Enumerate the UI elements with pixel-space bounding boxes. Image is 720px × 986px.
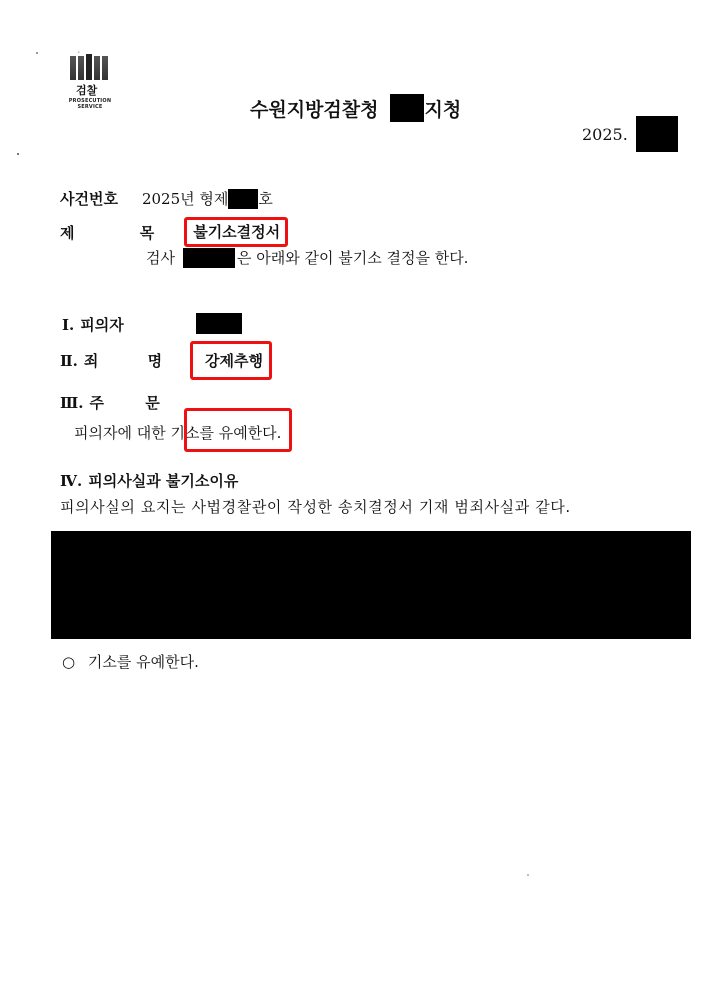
office-suffix: 지청 [424, 95, 461, 122]
office-name: 수원지방검찰청 [250, 95, 378, 122]
redaction-date [636, 116, 678, 152]
redaction-case-number [228, 189, 258, 209]
redaction-facts-block [51, 531, 691, 639]
date-prefix: 2025. [582, 125, 628, 144]
section-title: 피의자 [80, 314, 123, 335]
subject-label: 제 목 [60, 222, 184, 243]
subject-value-highlight: 불기소결정서 [184, 217, 288, 247]
section-facts-heading: Ⅳ. 피의사실과 불기소이유 [60, 470, 238, 491]
case-number-suffix: 호 [258, 188, 273, 209]
document-date: 2025. [582, 116, 678, 152]
result-text: 기소를 유예한다. [88, 653, 199, 671]
charge-value-highlight: 강제추행 [190, 341, 272, 380]
scan-speck [17, 153, 19, 155]
section-order-heading: Ⅲ. 주 문 [60, 392, 178, 413]
scan-speck [36, 52, 38, 54]
prosecution-emblem-icon [70, 54, 110, 80]
redaction-suspect-name [196, 313, 242, 334]
case-number-row: 사건번호 2025년 형제 호 [60, 188, 273, 209]
section-numeral: Ⅱ. [60, 352, 78, 370]
bullet-circle-icon: ○ [62, 653, 75, 671]
case-number-value: 2025년 형제 [142, 188, 228, 209]
decision-text: 은 아래와 같이 불기소 결정을 한다. [237, 247, 468, 268]
logo-mark: , [78, 47, 80, 54]
section-numeral: Ⅲ. [60, 394, 84, 412]
section-numeral: Ⅳ. [60, 472, 82, 490]
facts-text: 피의사실의 요지는 사법경찰관이 작성한 송치결정서 기재 범죄사실과 같다. [60, 496, 571, 517]
result-line: ○ 기소를 유예한다. [62, 651, 199, 672]
office-title: 수원지방검찰청 지청 [250, 94, 461, 122]
decision-prefix: 검사 [146, 247, 175, 268]
logo-korean-text: 검찰 [76, 82, 97, 98]
decision-statement: 검사 은 아래와 같이 불기소 결정을 한다. [146, 247, 468, 268]
logo-english-text: PROSECUTION SERVICE [58, 98, 122, 110]
section-charge-heading: Ⅱ. 죄 명 [60, 350, 184, 371]
section-title: 피의사실과 불기소이유 [88, 470, 238, 491]
prosecution-logo: , 검찰 PROSECUTION SERVICE [58, 44, 122, 114]
scan-speck [527, 874, 529, 876]
case-number-label: 사건번호 [60, 188, 118, 209]
section-numeral: Ⅰ. [62, 316, 74, 334]
redaction-branch [390, 94, 424, 122]
order-highlight-box [184, 408, 292, 452]
section-title: 주 문 [90, 392, 178, 413]
redaction-prosecutor [183, 248, 235, 268]
section-suspect-heading: Ⅰ. 피의자 [62, 314, 124, 335]
subject-row: 제 목 불기소결정서 [60, 217, 288, 247]
section-title: 죄 명 [84, 350, 184, 371]
